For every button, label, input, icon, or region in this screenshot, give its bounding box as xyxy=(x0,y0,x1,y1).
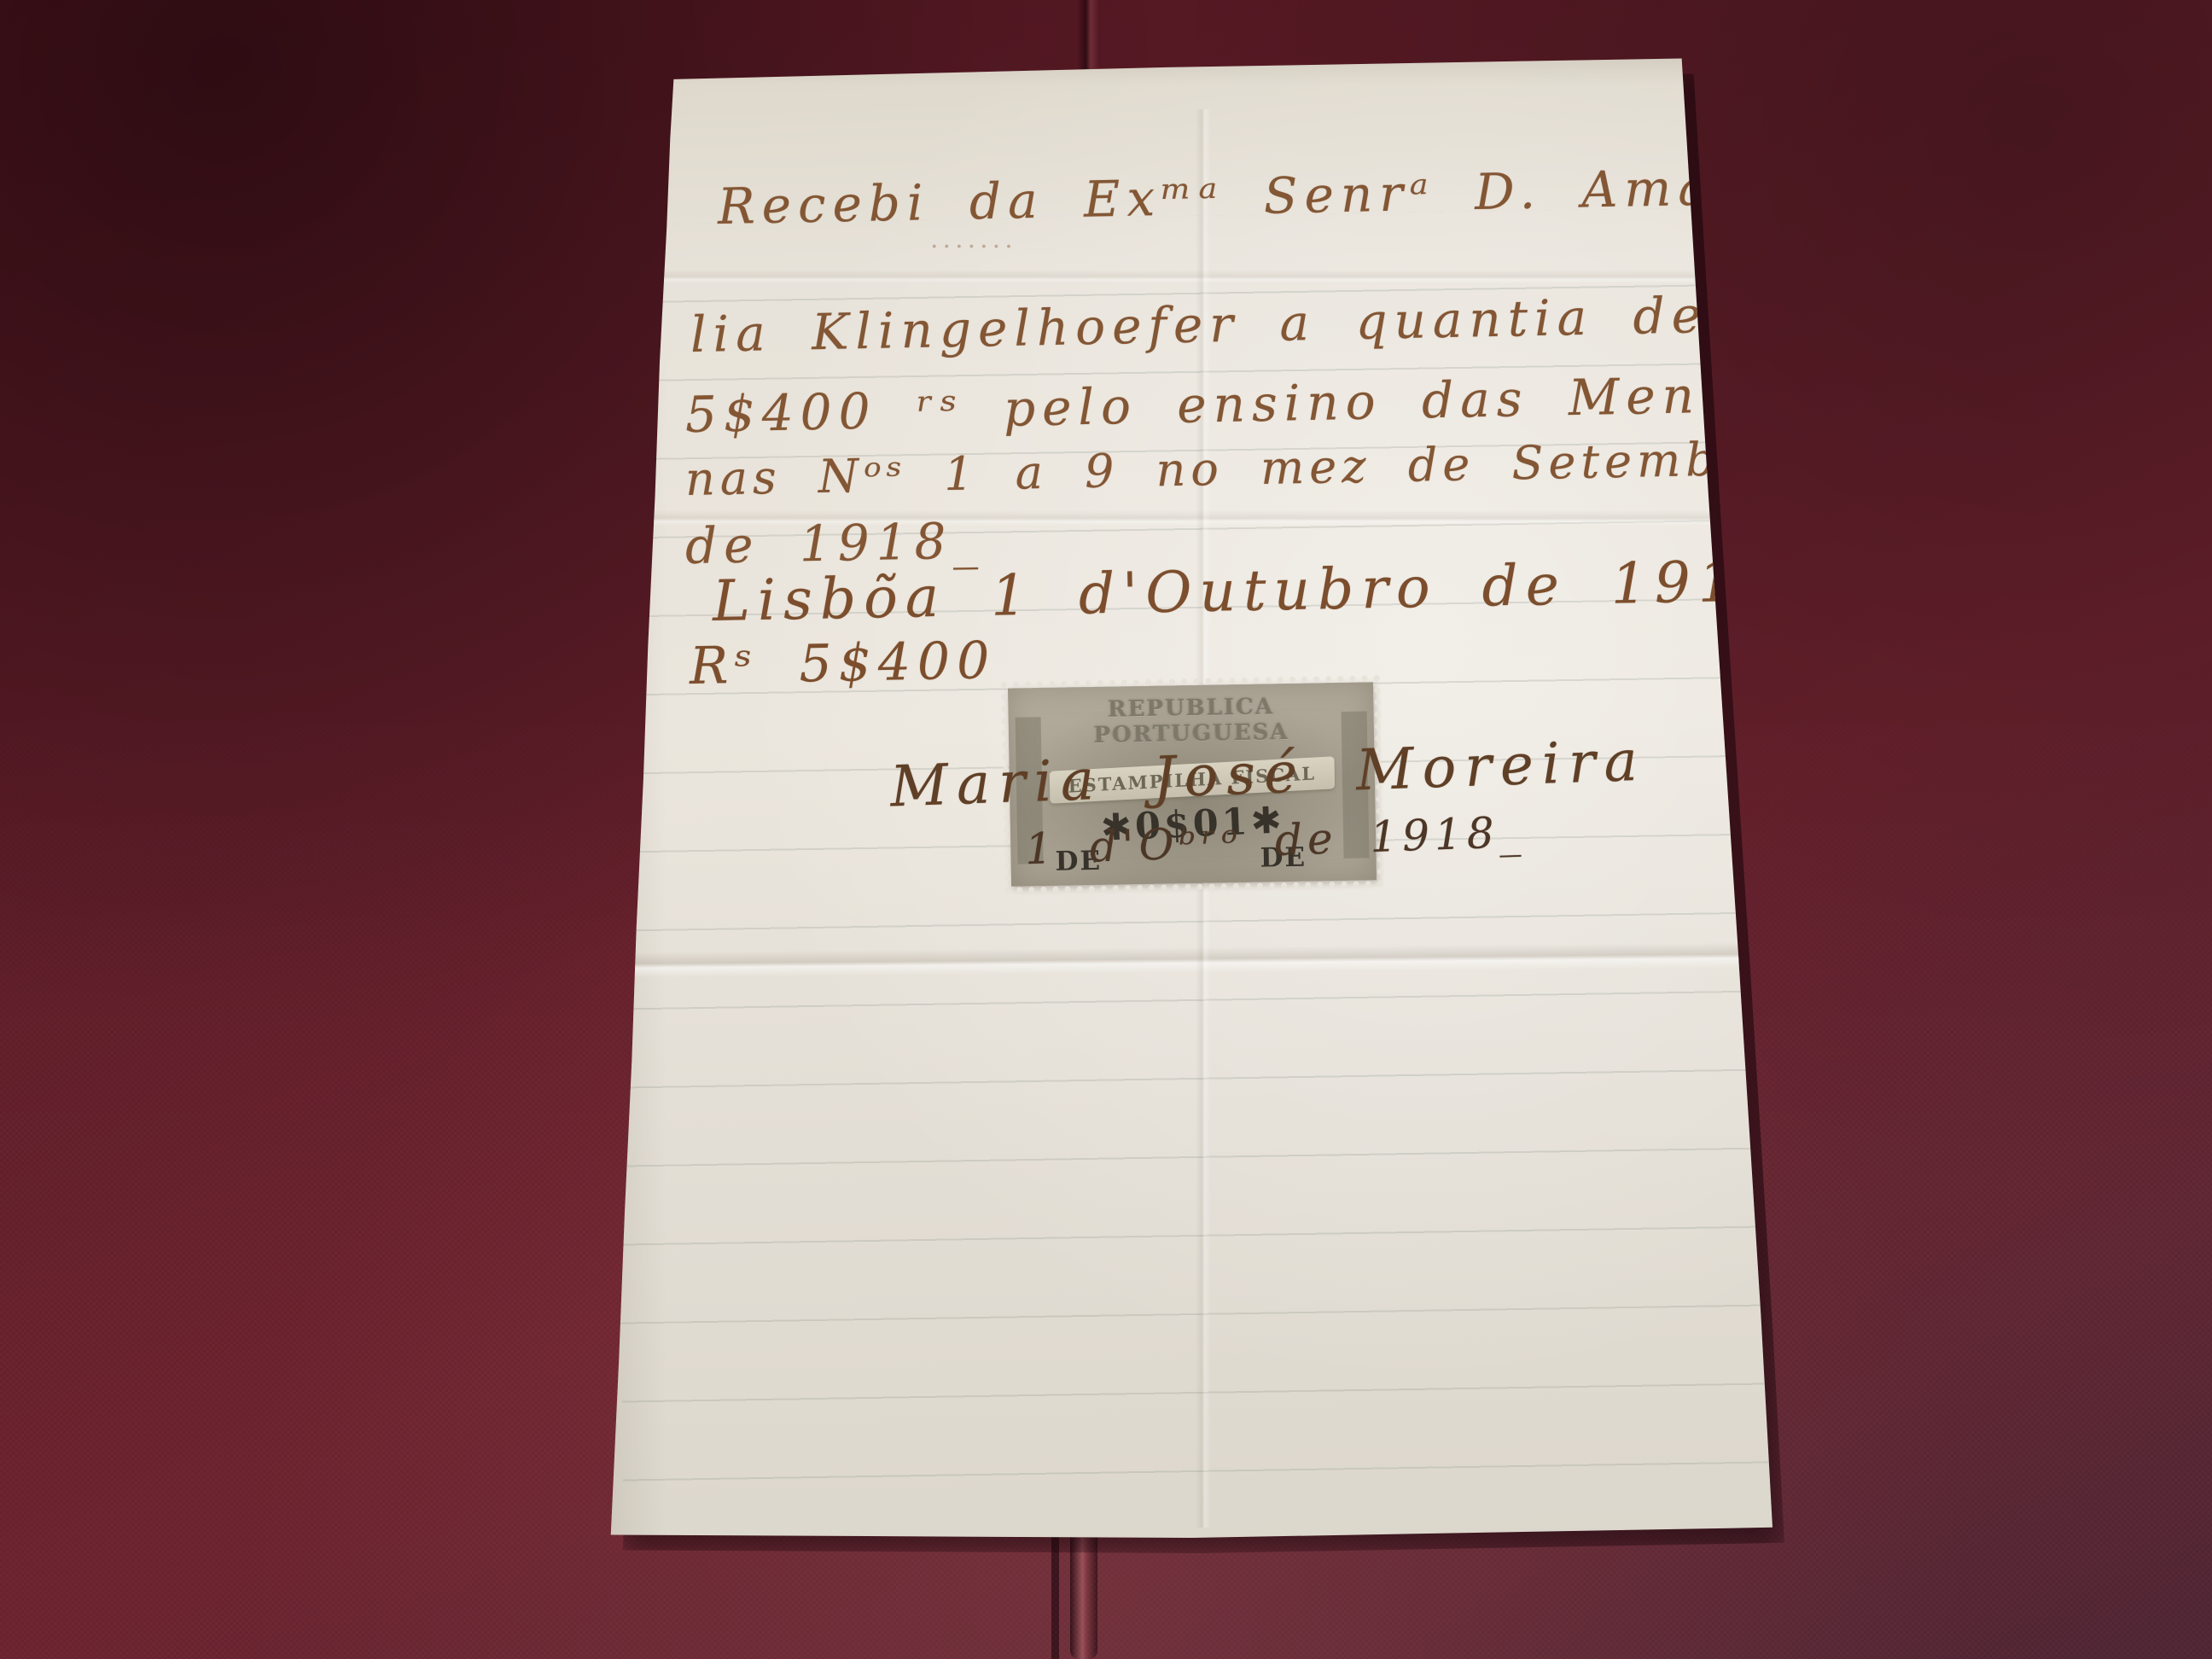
photo-of-receipt: ······· Recebi da Exᵐᵃ Senrᵃ D. Ama- lia… xyxy=(0,0,2212,1659)
receipt-line-amount: Rˢ 5$400 xyxy=(689,629,997,699)
fold-crease-top xyxy=(608,270,1773,283)
faint-ink-dots: ······· xyxy=(930,232,1017,262)
receipt-paper: ······· Recebi da Exᵐᵃ Senrᵃ D. Ama- lia… xyxy=(608,49,1773,1538)
